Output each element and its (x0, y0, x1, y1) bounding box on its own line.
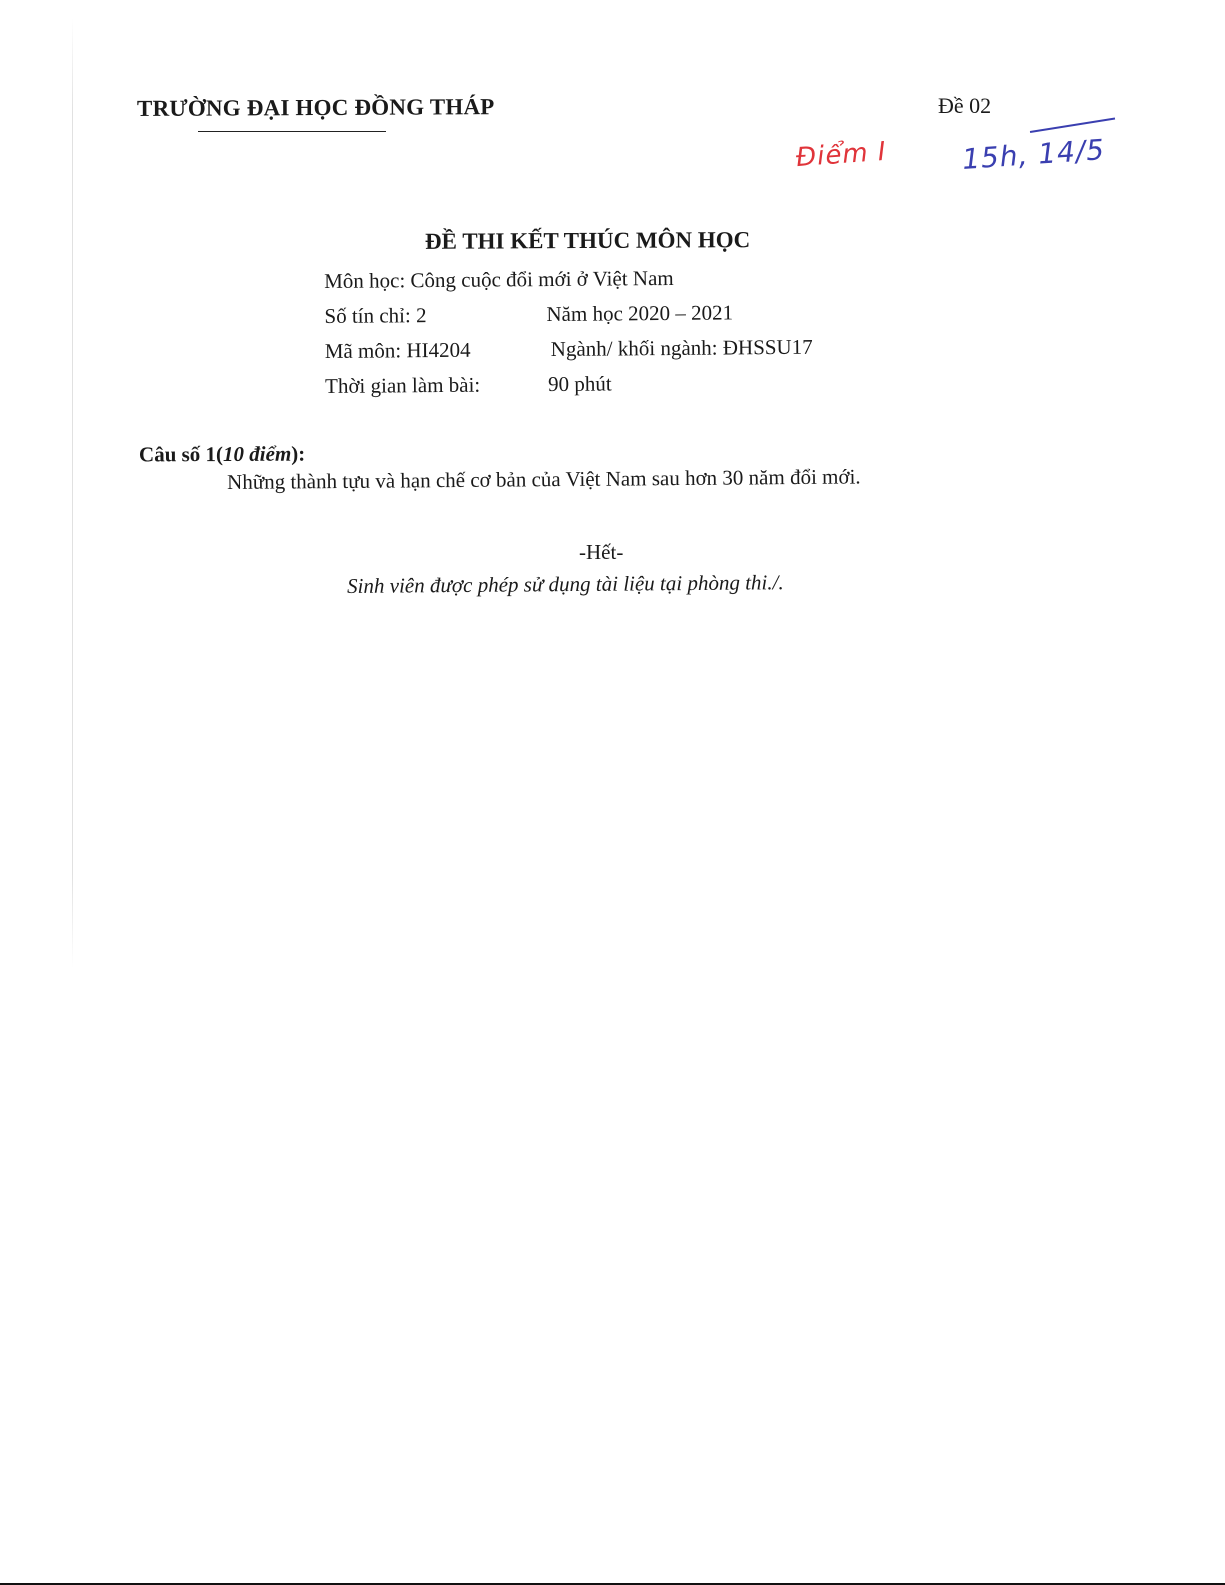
school-name: TRƯỜNG ĐẠI HỌC ĐỒNG THÁP (137, 94, 495, 122)
exam-info-block: Môn học: Công cuộc đổi mới ở Việt Nam Số… (324, 261, 675, 404)
exam-title: ĐỀ THI KẾT THÚC MÔN HỌC (425, 227, 750, 255)
handwritten-grade-note: Điểm I (795, 137, 888, 173)
scan-edge-shadow (72, 18, 73, 968)
course-code: Mã môn: HI4204 (325, 338, 471, 363)
school-year: Năm học 2020 – 2021 (546, 295, 733, 332)
duration-value: 90 phút (548, 366, 612, 402)
question-1-text: Những thành tựu và hạn chế cơ bản của Vi… (227, 464, 861, 495)
duration-row: Thời gian làm bài: 90 phút (325, 366, 675, 404)
course-code-row: Mã môn: HI4204 Ngành/ khối ngành: ĐHSSU1… (325, 331, 675, 369)
major: Ngành/ khối ngành: ĐHSSU17 (551, 330, 813, 367)
duration-label: Thời gian làm bài: (325, 373, 480, 398)
question-label-end: ): (291, 442, 305, 466)
subject-row: Môn học: Công cuộc đổi mới ở Việt Nam (324, 261, 674, 299)
question-label: Câu số 1( (139, 442, 223, 466)
footnote: Sinh viên được phép sử dụng tài liệu tại… (347, 570, 784, 599)
end-mark: -Hết- (579, 540, 623, 565)
subject-line: Môn học: Công cuộc đổi mới ở Việt Nam (324, 266, 674, 293)
credits: Số tín chỉ: 2 (324, 303, 426, 328)
question-1-heading: Câu số 1(10 điểm): (139, 442, 305, 468)
handwritten-time-note: 15h, 14/5 (961, 133, 1106, 176)
exam-code: Đề 02 (938, 93, 991, 119)
question-points: 10 điểm (223, 442, 291, 466)
credits-row: Số tín chỉ: 2 Năm học 2020 – 2021 (324, 296, 674, 334)
handwritten-stroke (1030, 118, 1115, 133)
school-name-underline (198, 131, 386, 132)
